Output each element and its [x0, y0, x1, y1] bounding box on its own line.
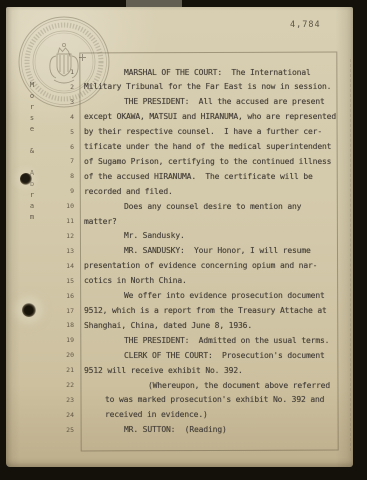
- transcript-row: 6tificate under the hand of the medical …: [58, 141, 342, 156]
- transcript-row: 4except OKAWA, MATSUI and HIRANUMA, who …: [58, 111, 342, 126]
- scanned-transcript-page: Morse & Abram 4,784 1MARSHAL OF THE COUR…: [0, 0, 367, 480]
- transcript-row: 25MR. SUTTON: (Reading): [58, 424, 342, 439]
- line-number: 11: [58, 215, 74, 225]
- underlying-sheet-edge: [126, 0, 182, 7]
- page-number: 4,784: [290, 20, 321, 30]
- line-number: 19: [58, 334, 74, 344]
- registration-mark: [79, 54, 86, 61]
- line-number: 22: [58, 379, 74, 389]
- transcript-line-text: matter?: [84, 215, 117, 227]
- line-number: 15: [58, 275, 74, 285]
- paper-edge-rule: [350, 59, 351, 451]
- transcript-line-text: Military Tribunal for the Far East is no…: [84, 81, 331, 93]
- transcript-line-text: cotics in North China.: [84, 275, 187, 287]
- transcript-line-text: (Whereupon, the document above referred: [148, 379, 330, 391]
- transcript-row: 10Does any counsel desire to mention any: [58, 200, 342, 215]
- transcript-line-text: received in evidence.): [105, 409, 208, 421]
- transcript-line-text: MARSHAL OF THE COURT: The International: [124, 66, 311, 78]
- line-number: 14: [58, 260, 74, 270]
- line-number: 7: [58, 155, 74, 165]
- line-number: 20: [58, 349, 74, 359]
- line-number: 1: [58, 66, 74, 76]
- transcript-row: 7of Sugamo Prison, certifying to the con…: [58, 155, 342, 170]
- transcript-row: 22(Whereupon, the document above referre…: [58, 379, 342, 394]
- transcript-row: 19THE PRESIDENT: Admitted on the usual t…: [58, 334, 342, 349]
- transcript-lines: 1MARSHAL OF THE COURT: The International…: [58, 66, 342, 439]
- line-number: 24: [58, 409, 74, 419]
- transcript-row: 13MR. SANDUSKY: Your Honor, I will resum…: [58, 245, 342, 260]
- line-number: 23: [58, 394, 74, 404]
- line-number: 4: [58, 111, 74, 121]
- line-number: 10: [58, 200, 74, 210]
- line-number: 18: [58, 319, 74, 329]
- line-number: 21: [58, 364, 74, 374]
- line-number: 9: [58, 185, 74, 195]
- line-number: 3: [58, 96, 74, 106]
- transcript-row: 16We offer into evidence prosecution doc…: [58, 290, 342, 305]
- transcript-line-text: We offer into evidence prosecution docum…: [124, 290, 325, 302]
- line-number: 5: [58, 126, 74, 136]
- transcript-row: 9recorded and filed.: [58, 185, 342, 200]
- transcript-line-text: Mr. Sandusky.: [124, 230, 185, 242]
- transcript-row: 20CLERK OF THE COURT: Prosecution's docu…: [58, 349, 342, 364]
- line-number: 2: [58, 81, 74, 91]
- transcript-row: 2Military Tribunal for the Far East is n…: [58, 81, 342, 96]
- line-number: 6: [58, 141, 74, 151]
- transcript-row: 23to was marked prosecution's exhibit No…: [58, 394, 342, 409]
- transcript-line-text: MR. SANDUSKY: Your Honor, I will resume: [124, 245, 311, 257]
- transcript-row: 1MARSHAL OF THE COURT: The International: [58, 66, 342, 81]
- transcript-line-text: presentation of evidence concerning opiu…: [84, 260, 317, 272]
- transcript-row: 24received in evidence.): [58, 409, 342, 424]
- spine-text: Morse & Abram: [28, 81, 35, 224]
- transcript-row: 11matter?: [58, 215, 342, 230]
- punch-hole-bottom: [22, 303, 36, 317]
- line-number: 8: [58, 170, 74, 180]
- transcript-line-text: of the accused HIRANUMA. The certificate…: [84, 170, 313, 182]
- transcript-line-text: tificate under the hand of the medical s…: [84, 141, 331, 153]
- transcript-line-text: CLERK OF THE COURT: Prosecution's docume…: [124, 349, 325, 361]
- transcript-line-text: 9512, which is a report from the Treasur…: [84, 305, 327, 317]
- line-number: 25: [58, 424, 74, 434]
- line-number: 12: [58, 230, 74, 240]
- transcript-row: 5by their respective counsel. I have a f…: [58, 126, 342, 141]
- line-number: 16: [58, 290, 74, 300]
- transcript-line-text: of Sugamo Prison, certifying to the cont…: [84, 155, 331, 167]
- transcript-row: 14presentation of evidence concerning op…: [58, 260, 342, 275]
- transcript-line-text: except OKAWA, MATSUI and HIRANUMA, who a…: [84, 111, 336, 123]
- transcript-line-text: to was marked prosecution's exhibit No. …: [105, 394, 324, 406]
- transcript-line-text: THE PRESIDENT: All the accused are prese…: [124, 96, 325, 108]
- transcript-line-text: Does any counsel desire to mention any: [124, 200, 301, 212]
- transcript-line-text: recorded and filed.: [84, 185, 173, 197]
- transcript-line-text: by their respective counsel. I have a fu…: [84, 126, 322, 138]
- line-number: 13: [58, 245, 74, 255]
- transcript-line-text: THE PRESIDENT: Admitted on the usual ter…: [124, 334, 329, 346]
- transcript-line-text: MR. SUTTON: (Reading): [124, 424, 227, 436]
- paper-sheet: Morse & Abram 4,784 1MARSHAL OF THE COUR…: [6, 7, 353, 467]
- transcript-row: 179512, which is a report from the Treas…: [58, 305, 342, 320]
- punch-hole-top: [20, 173, 32, 185]
- transcript-row: 219512 will receive exhibit No. 392.: [58, 364, 342, 379]
- transcript-row: 15cotics in North China.: [58, 275, 342, 290]
- transcript-line-text: Shanghai, China, dated June 8, 1936.: [84, 319, 252, 331]
- transcript-row: 8of the accused HIRANUMA. The certificat…: [58, 170, 342, 185]
- transcript-row: 3THE PRESIDENT: All the accused are pres…: [58, 96, 342, 111]
- transcript-line-text: 9512 will receive exhibit No. 392.: [84, 364, 243, 376]
- transcript-row: 12Mr. Sandusky.: [58, 230, 342, 245]
- transcript-row: 18Shanghai, China, dated June 8, 1936.: [58, 319, 342, 334]
- line-number: 17: [58, 305, 74, 315]
